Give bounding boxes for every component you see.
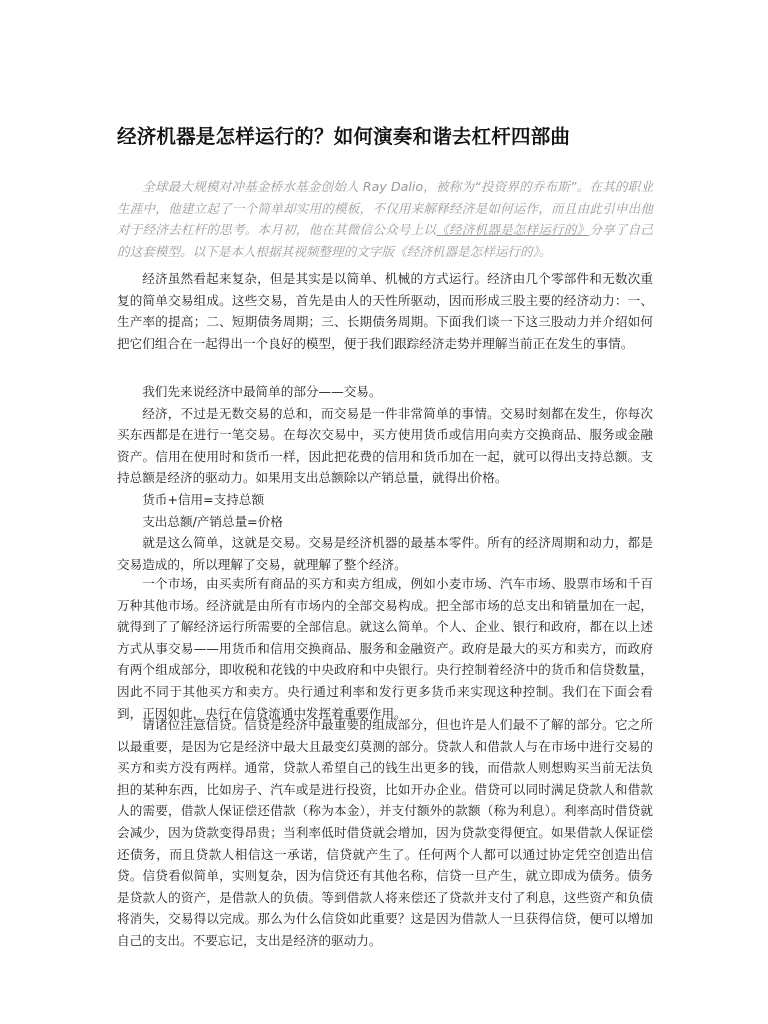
intro-article-link[interactable]: 《经济机器是怎样运行的》 xyxy=(436,222,589,237)
section-markets: 一个市场，由买卖所有商品的买方和卖方组成，例如小麦市场、汽车市场、股票市场和千百… xyxy=(117,573,653,724)
article-title: 经济机器是怎样运行的？如何演奏和谐去杠杆四部曲 xyxy=(117,124,570,150)
paragraph: 我们先来说经济中最简单的部分——交易。 xyxy=(117,381,653,403)
formula-line: 货币+信用=支持总额 xyxy=(117,489,653,511)
section-credit: 请诸位注意信贷。信贷是经济中最重要的组成部分，但也许是人们最不了解的部分。它之所… xyxy=(117,714,653,952)
paragraph: 经济虽然看起来复杂，但是其实是以简单、机械的方式运行。经济由几个零部件和无数次重… xyxy=(117,268,653,354)
article-intro: 全球最大规模对冲基金桥水基金创始人 Ray Dalio，被称为“投资界的乔布斯”… xyxy=(117,176,653,262)
paragraph: 就是这么简单，这就是交易。交易是经济机器的最基本零件。所有的经济周期和动力，都是… xyxy=(117,532,653,575)
paragraph: 经济，不过是无数交易的总和，而交易是一件非常简单的事情。交易时刻都在发生，你每次… xyxy=(117,403,653,489)
paragraph: 请诸位注意信贷。信贷是经济中最重要的组成部分，但也许是人们最不了解的部分。它之所… xyxy=(117,714,653,952)
section-overview: 经济虽然看起来复杂，但是其实是以简单、机械的方式运行。经济由几个零部件和无数次重… xyxy=(117,268,653,354)
paragraph: 一个市场，由买卖所有商品的买方和卖方组成，例如小麦市场、汽车市场、股票市场和千百… xyxy=(117,573,653,724)
section-transactions: 我们先来说经济中最简单的部分——交易。 经济，不过是无数交易的总和，而交易是一件… xyxy=(117,381,653,575)
formula-line: 支出总额/产销总量=价格 xyxy=(117,511,653,533)
